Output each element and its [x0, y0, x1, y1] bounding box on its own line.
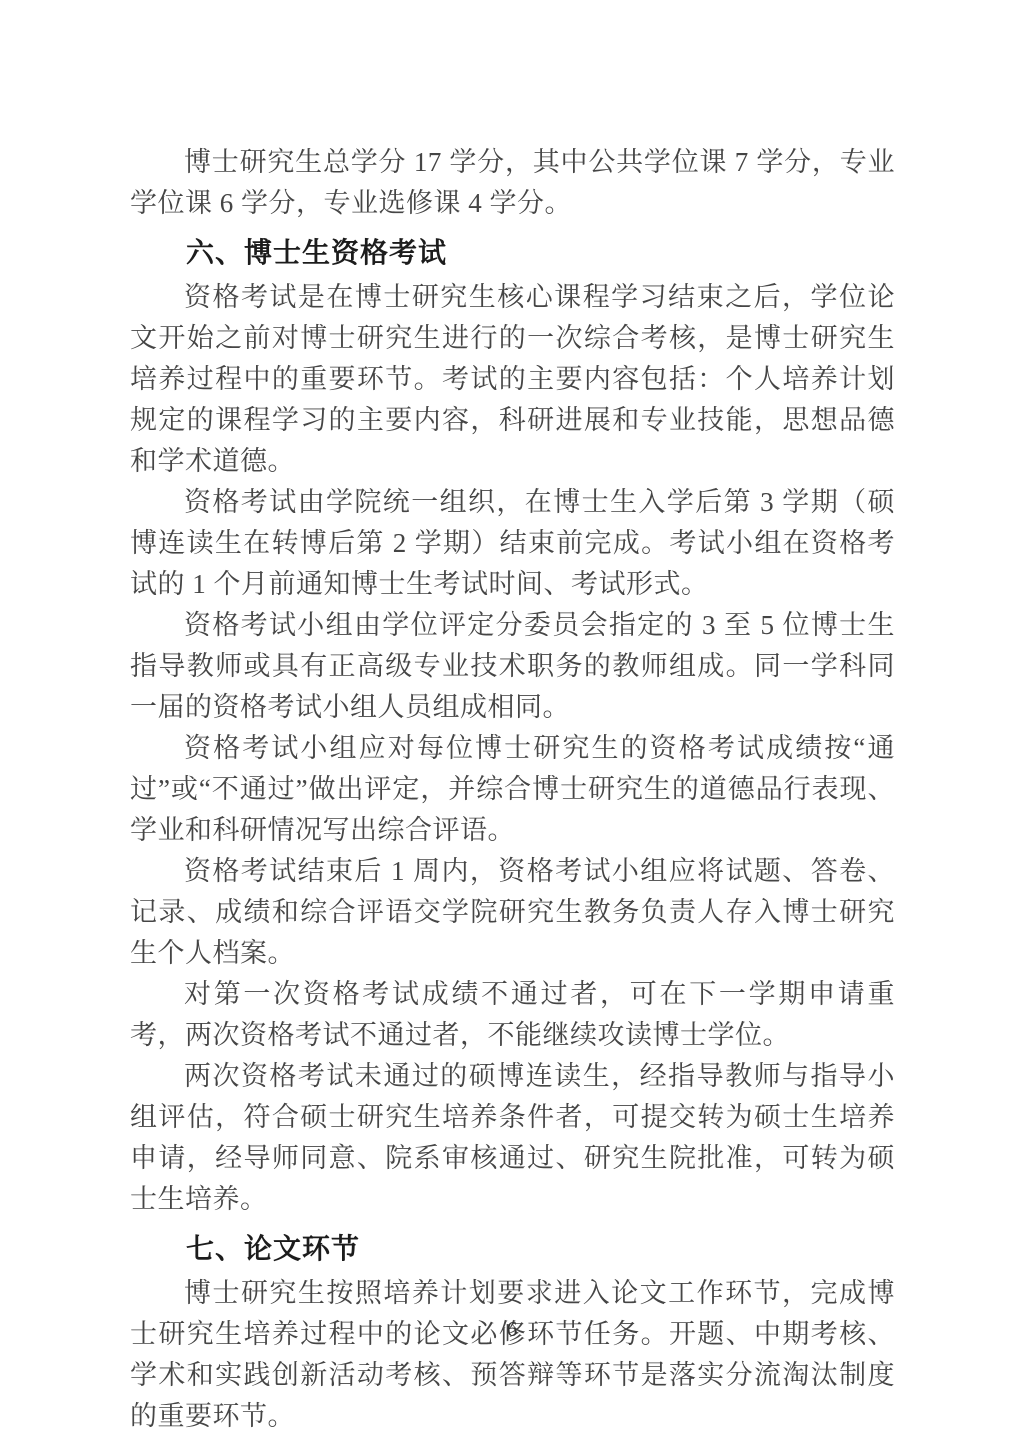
section-heading-thesis: 七、论文环节 [130, 1228, 895, 1269]
paragraph-exam-overview: 资格考试是在博士研究生核心课程学习结束之后，学位论文开始之前对博士研究生进行的一… [130, 277, 895, 482]
section-heading-qualification: 六、博士生资格考试 [130, 232, 895, 273]
document-page: 博士研究生总学分 17 学分，其中公共学位课 7 学分，专业学位课 6 学分，专… [0, 0, 1024, 1448]
document-content: 博士研究生总学分 17 学分，其中公共学位课 7 学分，专业学位课 6 学分，专… [130, 142, 895, 1437]
paragraph-thesis-overview: 博士研究生按照培养计划要求进入论文工作环节，完成博士研究生培养过程中的论文必修环… [130, 1273, 895, 1437]
paragraph-exam-retake: 对第一次资格考试成绩不通过者，可在下一学期申请重考，两次资格考试不通过者，不能继… [130, 974, 895, 1056]
paragraph-exam-committee: 资格考试小组由学位评定分委员会指定的 3 至 5 位博士生指导教师或具有正高级专… [130, 605, 895, 728]
paragraph-transfer-to-master: 两次资格考试未通过的硕博连读生，经指导教师与指导小组评估，符合硕士研究生培养条件… [130, 1056, 895, 1220]
paragraph-exam-schedule: 资格考试由学院统一组织，在博士生入学后第 3 学期（硕博连读生在转博后第 2 学… [130, 482, 895, 605]
paragraph-exam-records: 资格考试结束后 1 周内，资格考试小组应将试题、答卷、记录、成绩和综合评语交学院… [130, 851, 895, 974]
paragraph-exam-grading: 资格考试小组应对每位博士研究生的资格考试成绩按“通过”或“不通过”做出评定，并综… [130, 728, 895, 851]
page-number: 6 [0, 1316, 1024, 1342]
paragraph-total-credits: 博士研究生总学分 17 学分，其中公共学位课 7 学分，专业学位课 6 学分，专… [130, 142, 895, 224]
